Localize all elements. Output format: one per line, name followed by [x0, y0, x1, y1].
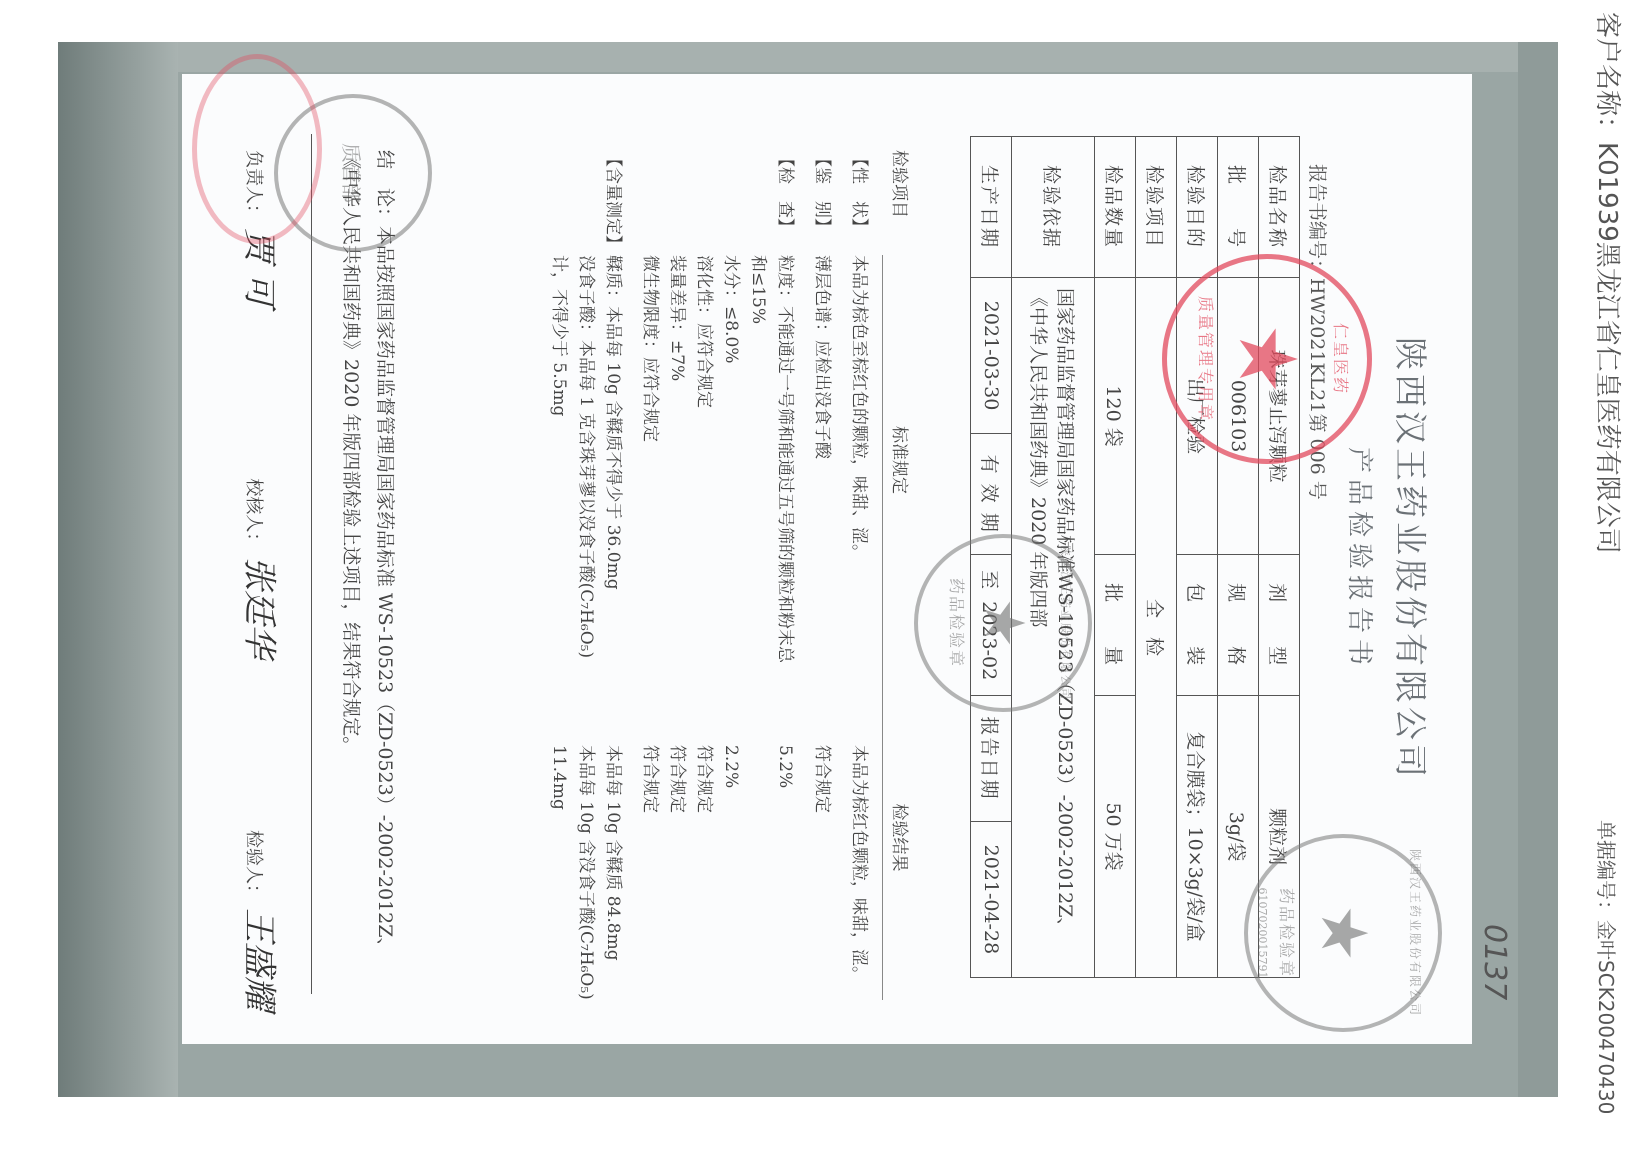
results-header: 检验项目 标准规定 检验结果	[885, 150, 912, 1010]
client-name-header: 客户名称：K01939黑龙江省仁皇医药有限公司	[1591, 12, 1628, 554]
sample-qty: 120 袋	[1095, 278, 1136, 555]
divider	[882, 255, 883, 1000]
standard-text: 粒度：不能通过一号筛和能通过五号筛的颗粒和粉末总和≤15%	[744, 255, 798, 665]
list-item: 装量差异：±7%符合规定	[663, 150, 690, 1010]
prod-date-label: 生产日期	[971, 137, 1012, 278]
list-item: 【鉴 别】薄层色谱：应检出没食子酸符合规定	[808, 150, 835, 1010]
spec-label: 规 格	[1218, 555, 1259, 696]
result-text: 符合规定	[690, 665, 717, 1010]
standard-text: 鞣质：本品每 10g 含鞣质不得少于 36.0mg	[599, 255, 626, 665]
star-icon: ★	[975, 598, 1031, 648]
result-text: 符合规定	[663, 665, 690, 1010]
standard-text: 溶化性：应符合规定	[690, 255, 717, 665]
list-item: 水分：≤8.0%2.2%	[717, 150, 744, 1010]
section-name: 【鉴 别】	[808, 150, 835, 255]
conclusion-line-1: 本品按照国家药品监督管理局国家药品标准 WS-10523（ZD-0523）-20…	[374, 226, 396, 956]
section-name	[717, 150, 744, 255]
report-date: 2021-04-28	[971, 821, 1012, 977]
package: 复合膜袋；10×3g/袋/盒	[1177, 696, 1218, 978]
list-item: 【性 状】本品为棕色至棕红色的颗粒，味甜、涩。本品为棕红色颗粒，味甜，涩。	[845, 150, 872, 1010]
standard-text: 水分：≤8.0%	[717, 255, 744, 665]
list-item: 【检 查】粒度：不能通过一号筛和能通过五号筛的颗粒和粉末总和≤15%5.2%	[744, 150, 798, 1010]
standard-text: 没食子酸：本品每 1 克含珠芽蓼以没食子酸(C₇H₆O₅)计，不得少于 5.5m…	[545, 255, 599, 665]
list-item: 【含量测定】鞣质：本品每 10g 含鞣质不得少于 36.0mg本品每 10g 含…	[599, 150, 626, 1010]
doc-no: 金叶SCK200470430	[1594, 920, 1618, 1114]
section-name	[545, 150, 599, 255]
gray-stamp-number: 6107020015791	[1256, 838, 1269, 1028]
results-list: 【性 状】本品为棕色至棕红色的颗粒，味甜、涩。本品为棕红色颗粒，味甜，涩。【鉴 …	[545, 150, 883, 1010]
standard-text: 薄层色谱：应检出没食子酸	[808, 255, 835, 665]
section-name	[690, 150, 717, 255]
list-item: 溶化性：应符合规定符合规定	[690, 150, 717, 1010]
doc-no-label: 单据编号：	[1594, 820, 1618, 920]
section-name	[663, 150, 690, 255]
document-number-header: 单据编号：金叶SCK200470430	[1593, 820, 1622, 1114]
result-text: 5.2%	[744, 665, 798, 1010]
gray-stamp-bottom-text: 药品检验章	[946, 538, 969, 708]
red-stamp-bottom-text: 质量管理专用章	[1195, 259, 1218, 459]
gray-inspection-stamp-corner: 陕西汉王药业股份有限公司 ★ 药品检验章 6107020015791	[1244, 834, 1442, 1032]
package-label: 包 装	[1177, 555, 1218, 696]
red-stamp-top-text: 仁皇医药	[1330, 259, 1353, 459]
scan-edge-top	[178, 42, 1518, 72]
batch-qty-label: 批 量	[1095, 555, 1136, 696]
result-text: 本品每 10g 含没食子酸(C₇H₆O₅) 11.4mg	[545, 665, 599, 1010]
small-gray-stamp-text: 质管部	[339, 143, 368, 203]
star-icon: ★	[1227, 323, 1307, 395]
section-name: 【检 查】	[744, 150, 798, 255]
standard-text: 本品为棕色至棕红色的颗粒，味甜、涩。	[845, 255, 872, 665]
inspection-report-page: 陕西汉王药业股份有限公司 产品检验报告书 报告书编号：HW2021KL21第 0…	[182, 74, 1472, 1044]
report-no-label: 报告书编号：	[1306, 164, 1328, 278]
star-icon: ★	[1311, 904, 1375, 961]
standard-text: 装量差异：±7%	[663, 255, 690, 665]
prod-date: 2021-03-30	[971, 278, 1012, 434]
section-name	[636, 150, 663, 255]
result-text: 本品每 10g 含鞣质 84.8mg	[599, 665, 626, 1010]
reviewer-label: 校核人：	[243, 478, 264, 550]
inspector-label: 检验人：	[243, 830, 264, 902]
result-text: 符合规定	[636, 665, 663, 1010]
client-label: 客户名称：	[1592, 12, 1622, 142]
gray-inspection-stamp-middle: 陕西汉王药业股份有限公司 ★ 药品检验章	[914, 534, 1092, 712]
result-text: 本品为棕红色颗粒，味甜，涩。	[845, 665, 872, 1010]
dosage-form-label: 剂 型	[1259, 555, 1300, 696]
batch-qty: 50 万袋	[1095, 696, 1136, 978]
red-quality-stamp: 仁皇医药 ★ 质量管理专用章	[1162, 254, 1372, 464]
list-item: 没食子酸：本品每 1 克含珠芽蓼以没食子酸(C₇H₆O₅)计，不得少于 5.5m…	[545, 150, 599, 1010]
items-label: 检验项目	[1136, 137, 1177, 278]
report-date-label: 报告日期	[971, 696, 1012, 822]
inspector-name: 王盛耀	[239, 908, 279, 1010]
col-standard: 标准规定	[885, 255, 912, 665]
results-section: 检验项目 标准规定 检验结果 【性 状】本品为棕色至棕红色的颗粒，味甜、涩。本品…	[545, 150, 912, 1010]
inspector-signature: 检验人：王盛耀	[238, 830, 287, 1010]
basis-label: 检验依据	[1012, 137, 1095, 278]
faint-red-stamp	[192, 54, 322, 244]
client-name: K01939黑龙江省仁皇医药有限公司	[1592, 142, 1622, 554]
sample-qty-label: 检品数量	[1095, 137, 1136, 278]
conclusion: 结 论：本品按照国家药品监督管理局国家药品标准 WS-10523（ZD-0523…	[334, 150, 402, 1010]
gray-stamp-bottom-text: 药品检验章	[1276, 838, 1299, 1028]
divider	[311, 134, 312, 994]
section-name: 【性 状】	[845, 150, 872, 255]
col-item: 检验项目	[885, 150, 912, 255]
section-name: 【含量测定】	[599, 150, 626, 255]
gray-stamp-top-text: 陕西汉王药业股份有限公司	[1407, 838, 1424, 1028]
standard-text: 微生物限度：应符合规定	[636, 255, 663, 665]
signatures: 负责人：贾 可 校核人：张廷华 检验人：王盛耀	[238, 150, 287, 1010]
scan-edge-right	[1518, 42, 1558, 1097]
scan-edge-left	[58, 42, 178, 1097]
table-row: 检品数量 120 袋 批 量 50 万袋	[1095, 137, 1136, 978]
handwritten-note: 0137	[1477, 924, 1512, 1000]
result-text: 符合规定	[808, 665, 835, 1010]
list-item: 微生物限度：应符合规定符合规定	[636, 150, 663, 1010]
conclusion-line-2: 《中华人民共和国药典》2020 年版四部检验上述项目，结果符合规定。	[334, 150, 368, 1010]
reviewer-name: 张廷华	[239, 556, 279, 658]
reviewer-signature: 校核人：张廷华	[238, 478, 287, 658]
result-text: 2.2%	[717, 665, 744, 1010]
col-result: 检验结果	[885, 665, 912, 1010]
table-row: 检验项目 全 检	[1136, 137, 1177, 978]
gray-stamp-top-text: 陕西汉王药业股份有限公司	[1058, 538, 1074, 708]
purpose-label: 检验目的	[1177, 137, 1218, 278]
